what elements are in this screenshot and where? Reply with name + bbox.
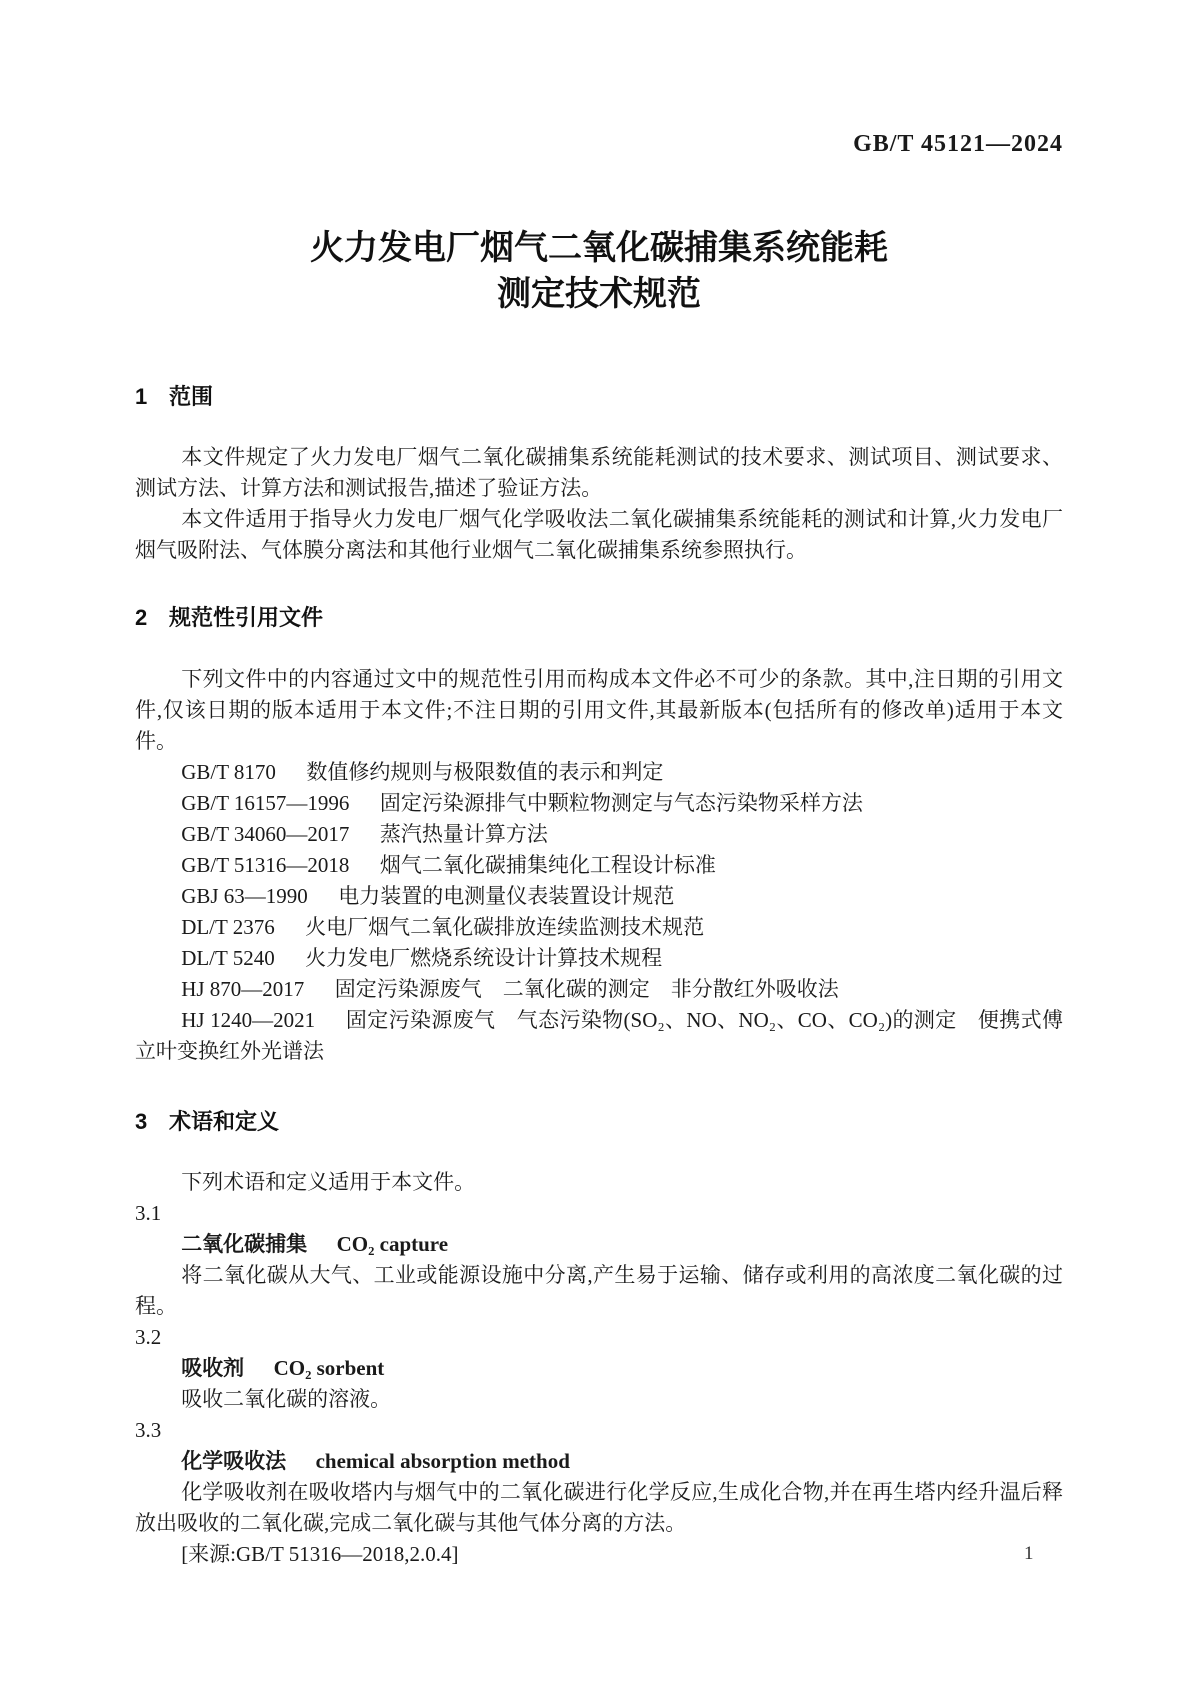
reference-item: HJ 870—2017固定污染源废气 二氧化碳的测定 非分散红外吸收法 [135,974,1063,1005]
reference-code: DL/T 2376 [181,915,275,939]
reference-item: HJ 1240—2021固定污染源废气 气态污染物(SO₂、NO、NO₂、CO、… [135,1005,1063,1067]
reference-list: GB/T 8170数值修约规则与极限数值的表示和判定 GB/T 16157—19… [135,757,1063,1067]
reference-title: 固定污染源排气中颗粒物测定与气态污染物采样方法 [380,791,863,815]
section-2-number: 2 [135,602,169,633]
term-definition: 吸收二氧化碳的溶液。 [135,1384,1063,1415]
reference-item: GB/T 16157—1996固定污染源排气中颗粒物测定与气态污染物采样方法 [135,788,1063,819]
section-3-number: 3 [135,1106,169,1137]
reference-title: 烟气二氧化碳捕集纯化工程设计标准 [380,853,716,877]
section-1-paragraph-2: 本文件适用于指导火力发电厂烟气化学吸收法二氧化碳捕集系统能耗的测试和计算,火力发… [135,504,1063,566]
section-3-heading: 3术语和定义 [135,1106,1063,1137]
section-2-intro: 下列文件中的内容通过文中的规范性引用而构成本文件必不可少的条款。其中,注日期的引… [135,664,1063,757]
term-number: 3.1 [135,1198,1063,1229]
term-name-en: CO₂ sorbent [274,1356,385,1380]
term-name: 吸收剂CO₂ sorbent [135,1353,1063,1384]
reference-code: GB/T 51316—2018 [181,853,349,877]
page-number: 1 [1024,1543,1034,1565]
term-name-zh: 吸收剂 [181,1357,244,1380]
reference-item: GB/T 51316—2018烟气二氧化碳捕集纯化工程设计标准 [135,850,1063,881]
term-name-en: CO₂ capture [337,1232,448,1256]
reference-code: HJ 870—2017 [181,977,304,1001]
term-definition: 化学吸收剂在吸收塔内与烟气中的二氧化碳进行化学反应,生成化合物,并在再生塔内经升… [135,1477,1063,1539]
doc-title-line2: 测定技术规范 [135,271,1063,317]
reference-code: GBJ 63—1990 [181,884,308,908]
term-name: 化学吸收法chemical absorption method [135,1446,1063,1477]
reference-code: GB/T 34060—2017 [181,822,349,846]
section-3-label: 术语和定义 [169,1109,279,1134]
reference-title: 火力发电厂燃烧系统设计计算技术规程 [305,946,662,970]
section-1-heading: 1范围 [135,381,1063,412]
section-2-label: 规范性引用文件 [169,605,323,630]
term-name: 二氧化碳捕集CO₂ capture [135,1229,1063,1260]
term-definition: 将二氧化碳从大气、工业或能源设施中分离,产生易于运输、储存或利用的高浓度二氧化碳… [135,1260,1063,1322]
reference-item: GB/T 34060—2017蒸汽热量计算方法 [135,819,1063,850]
term-name-zh: 二氧化碳捕集 [181,1233,307,1256]
section-3-intro: 下列术语和定义适用于本文件。 [135,1167,1063,1198]
term-number: 3.3 [135,1415,1063,1446]
reference-code: GB/T 16157—1996 [181,791,349,815]
reference-item: DL/T 2376火电厂烟气二氧化碳排放连续监测技术规范 [135,912,1063,943]
reference-code: DL/T 5240 [181,946,275,970]
reference-title: 蒸汽热量计算方法 [380,822,548,846]
section-1-paragraph-1: 本文件规定了火力发电厂烟气二氧化碳捕集系统能耗测试的技术要求、测试项目、测试要求… [135,442,1063,504]
section-2-heading: 2规范性引用文件 [135,602,1063,633]
reference-title: 数值修约规则与极限数值的表示和判定 [306,760,663,784]
section-1-number: 1 [135,381,169,412]
reference-item: GBJ 63—1990电力装置的电测量仪表装置设计规范 [135,881,1063,912]
term-name-zh: 化学吸收法 [181,1450,286,1473]
reference-item: DL/T 5240火力发电厂燃烧系统设计计算技术规程 [135,943,1063,974]
reference-code: HJ 1240—2021 [181,1008,315,1032]
term-number: 3.2 [135,1322,1063,1353]
reference-title: 固定污染源废气 二氧化碳的测定 非分散红外吸收法 [335,977,839,1001]
term-name-en: chemical absorption method [316,1449,570,1473]
reference-title: 电力装置的电测量仪表装置设计规范 [338,884,674,908]
reference-code: GB/T 8170 [181,760,276,784]
doc-title: 火力发电厂烟气二氧化碳捕集系统能耗 测定技术规范 [135,225,1063,317]
document-page: GB/T 45121—2024 火力发电厂烟气二氧化碳捕集系统能耗 测定技术规范… [0,0,1191,1685]
section-1-label: 范围 [169,384,213,409]
reference-title: 火电厂烟气二氧化碳排放连续监测技术规范 [305,915,704,939]
term-source: [来源:GB/T 51316—2018,2.0.4] [135,1539,1063,1570]
doc-code: GB/T 45121—2024 [135,131,1063,157]
reference-item: GB/T 8170数值修约规则与极限数值的表示和判定 [135,757,1063,788]
doc-title-line1: 火力发电厂烟气二氧化碳捕集系统能耗 [135,225,1063,271]
